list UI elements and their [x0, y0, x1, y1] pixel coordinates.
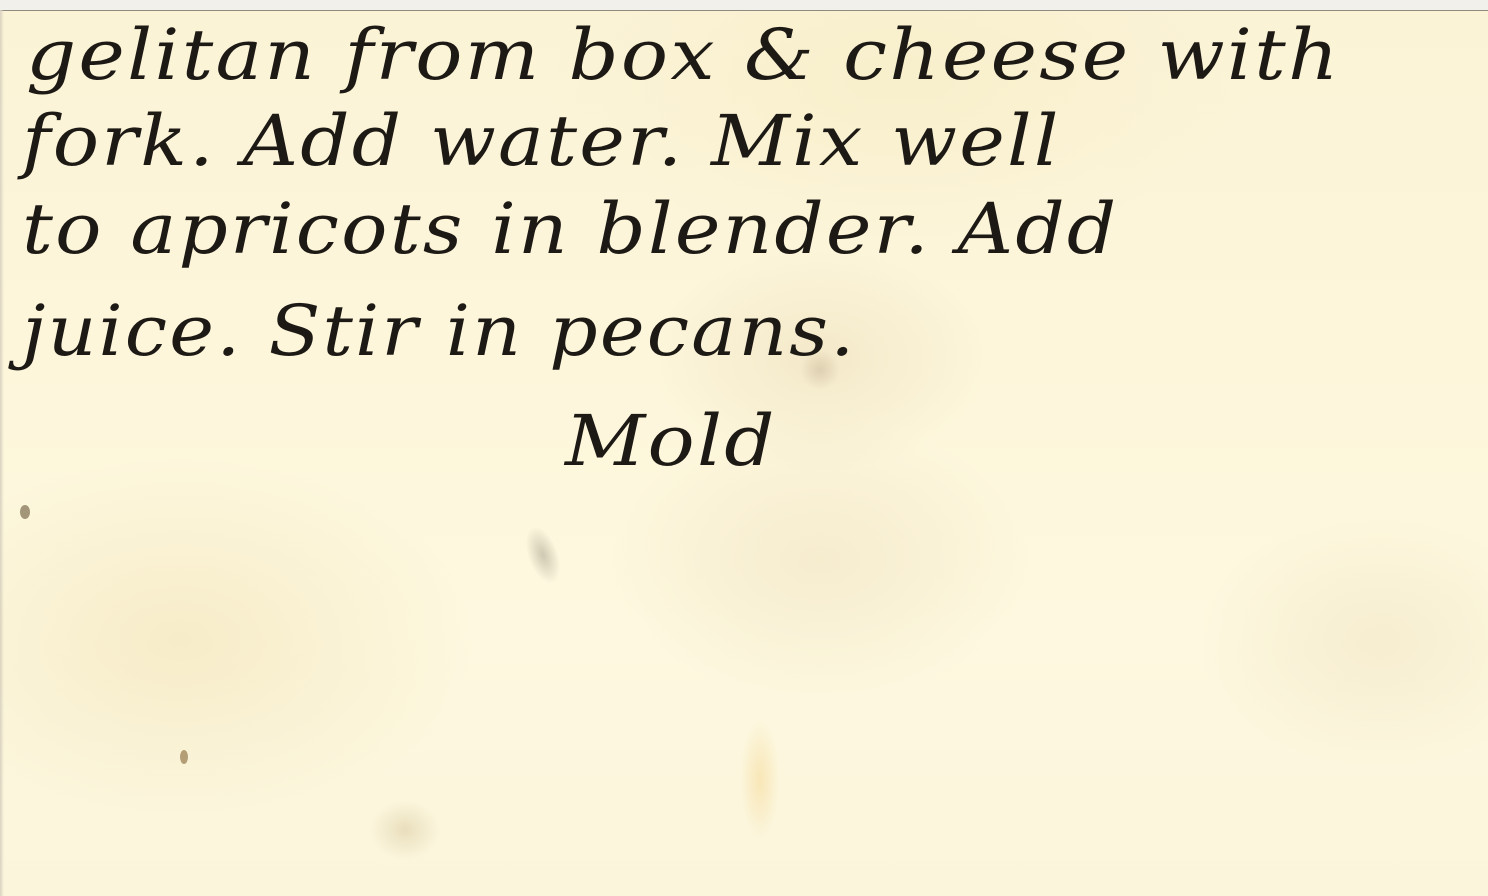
card-left-edge — [0, 10, 4, 896]
paper-stain — [180, 750, 188, 764]
handwritten-line-mold: Mold — [565, 400, 777, 482]
card-top-edge — [0, 0, 1488, 11]
recipe-card: gelitan from box & cheese with fork. Add… — [0, 0, 1488, 896]
paper-stain — [370, 800, 440, 860]
paper-stain — [519, 522, 568, 589]
handwritten-line-1: gelitan from box & cheese with — [26, 14, 1341, 96]
handwritten-line-2: fork. Add water. Mix well — [22, 100, 1061, 182]
paper-stain — [740, 720, 780, 840]
handwritten-line-3: to apricots in blender. Add — [22, 188, 1118, 270]
handwritten-line-4: juice. Stir in pecans. — [22, 290, 856, 372]
paper-stain — [20, 505, 30, 519]
